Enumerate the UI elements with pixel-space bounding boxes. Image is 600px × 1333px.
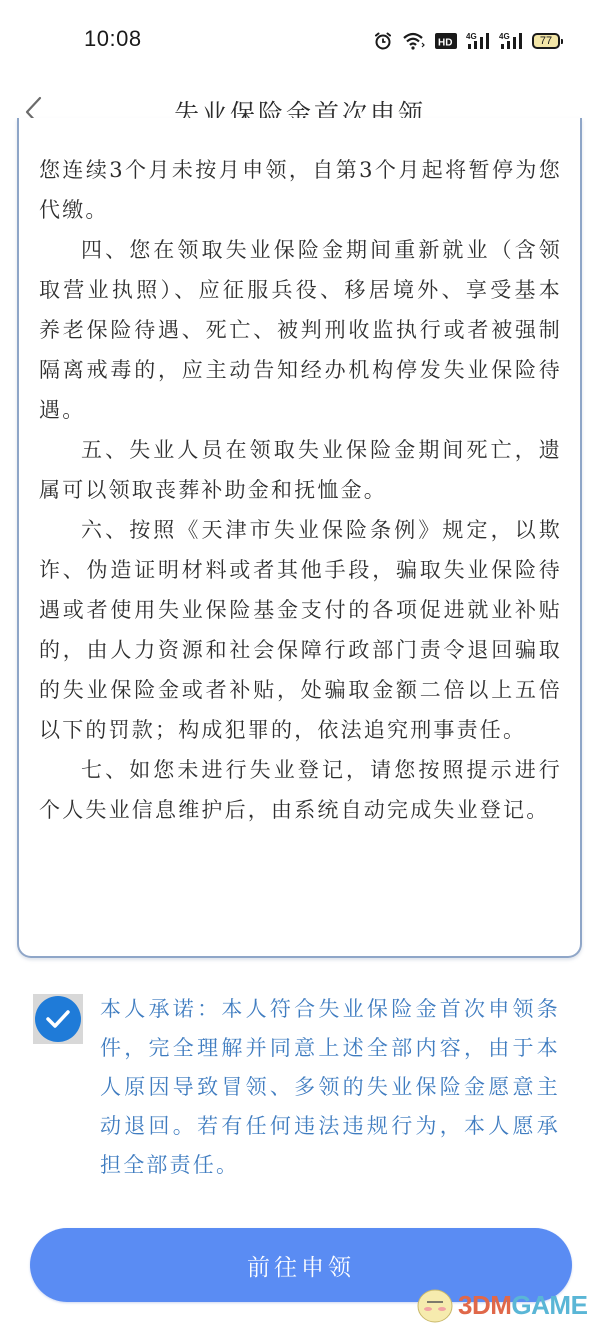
hd-icon: HD [435,32,457,50]
agree-checkbox[interactable] [33,994,83,1044]
checkmark-icon [35,996,81,1042]
terms-content: 您连续3个月未按月申领，自第3个月起将暂停为您代缴。 四、您在领取失业保险金期间… [39,150,562,830]
signal-4g-icon: 4G [499,31,523,51]
svg-text:4G: 4G [466,32,477,41]
terms-paragraph: 五、失业人员在领取失业保险金期间死亡，遗属可以领取丧葬补助金和抚恤金。 [39,430,562,510]
battery-icon: 77 [532,33,560,49]
status-icons: HD 4G 4G 77 [373,30,560,52]
checkbox-checked [35,996,81,1042]
terms-paragraph: 六、按照《天津市失业保险条例》规定，以欺诈、伪造证明材料或者其他手段，骗取失业保… [39,510,562,750]
terms-paragraph: 您连续3个月未按月申领，自第3个月起将暂停为您代缴。 [39,150,562,230]
pledge-text[interactable]: 本人承诺：本人符合失业保险金首次申领条件，完全理解并同意上述全部内容，由于本人原… [100,990,560,1185]
alarm-icon [373,31,393,51]
watermark: 3DMGAME [410,1282,595,1328]
signal-4g-icon: 4G [466,31,490,51]
status-time: 10:08 [84,26,142,52]
svg-text:HD: HD [438,38,452,49]
terms-paragraph: 四、您在领取失业保险金期间重新就业（含领取营业执照）、应征服兵役、移居境外、享受… [39,230,562,430]
svg-text:4G: 4G [499,32,510,41]
wifi-icon [402,31,426,51]
mascot-icon [410,1282,460,1328]
terms-scroll-box[interactable]: 您连续3个月未按月申领，自第3个月起将暂停为您代缴。 四、您在领取失业保险金期间… [17,118,582,958]
terms-paragraph: 七、如您未进行失业登记，请您按照提示进行个人失业信息维护后，由系统自动完成失业登… [39,750,562,830]
watermark-text: 3DMGAME [458,1290,587,1321]
status-bar: 10:08 HD 4G 4G [0,0,600,80]
